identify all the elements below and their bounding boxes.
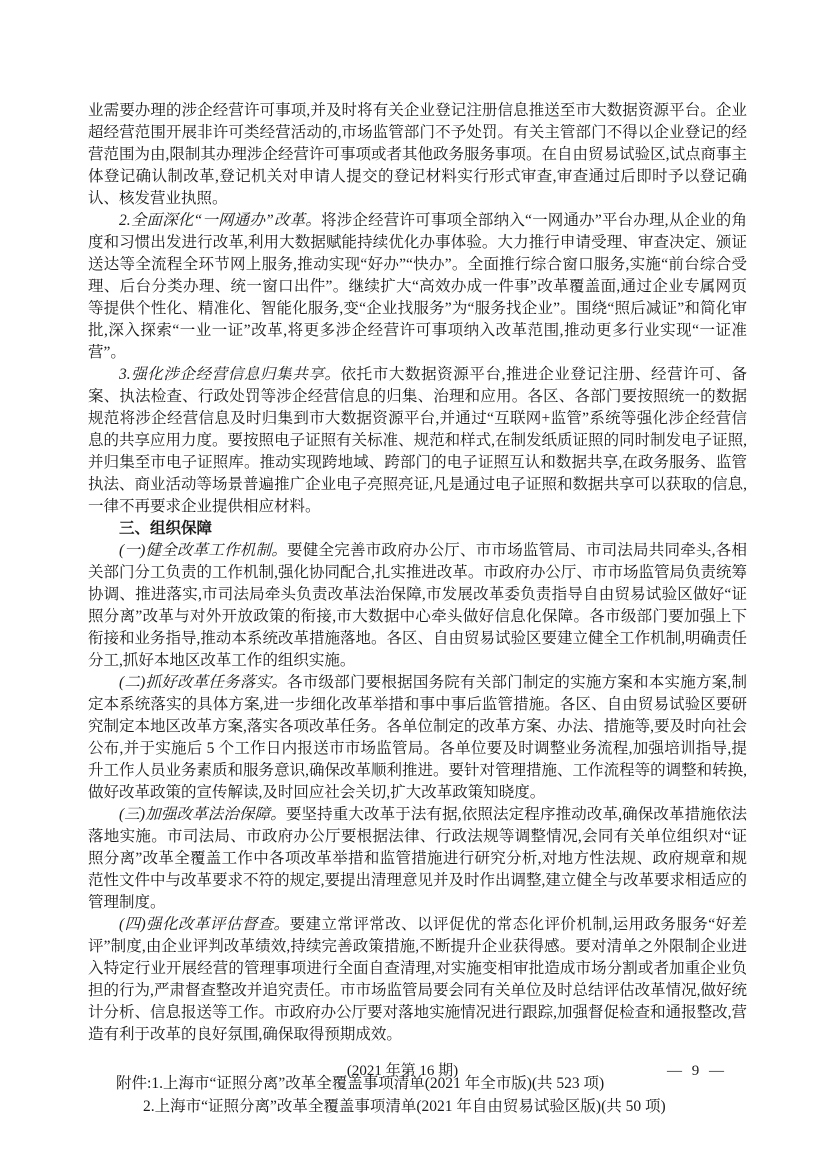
paragraph-text: 要建立常评常改、以评促优的常态化评价机制,运用政务服务“好差评”制度,由企业评判… xyxy=(88,916,747,1043)
footer-page-number: — 9 — xyxy=(667,1060,727,1082)
paragraph-org-3: (三)加强改革法治保障。要坚持重大改革于法有据,依照法定程序推动改革,确保改革措… xyxy=(88,804,747,914)
paragraph-lead: 2.全面深化“一网通办”改革。 xyxy=(119,212,321,229)
document-body: 业需要办理的涉企经营许可事项,并及时将有关企业登记注册信息推送至市大数据资源平台… xyxy=(88,100,747,1118)
paragraph-text: 依托市大数据资源平台,推进企业登记注册、经营许可、备案、执法检查、行政处罚等涉企… xyxy=(88,366,747,515)
paragraph-lead: (四)强化改革评估督查。 xyxy=(119,916,290,933)
paragraph-lead: 3.强化涉企经营信息归集共享。 xyxy=(119,366,341,383)
document-page: 业需要办理的涉企经营许可事项,并及时将有关企业登记注册信息推送至市大数据资源平台… xyxy=(0,0,827,1170)
attachment-item-2: 2.上海市“证照分离”改革全覆盖事项清单(2021 年自由贸易试验区版)(共 5… xyxy=(88,1095,747,1118)
paragraph-org-2: (二)抓好改革任务落实。各市级部门要根据国务院有关部门制定的实施方案和本实施方案… xyxy=(88,672,747,804)
paragraph-text: 各市级部门要根据国务院有关部门制定的实施方案和本实施方案,制定本系统落实的具体方… xyxy=(88,674,747,801)
paragraph-text: 要健全完善市政府办公厅、市市场监管局、市司法局共同牵头,各相关部门分工负责的工作… xyxy=(88,542,747,669)
section-heading: 三、组织保障 xyxy=(88,518,747,540)
paragraph-continuation: 业需要办理的涉企经营许可事项,并及时将有关企业登记注册信息推送至市大数据资源平台… xyxy=(88,100,747,210)
paragraph-org-4: (四)强化改革评估督查。要建立常评常改、以评促优的常态化评价机制,运用政务服务“… xyxy=(88,914,747,1046)
page-footer: (2021 年第 16 期) — 9 — xyxy=(0,1060,827,1082)
paragraph-item-3: 3.强化涉企经营信息归集共享。依托市大数据资源平台,推进企业登记注册、经营许可、… xyxy=(88,364,747,518)
paragraph-text: 业需要办理的涉企经营许可事项,并及时将有关企业登记注册信息推送至市大数据资源平台… xyxy=(88,102,747,207)
paragraph-org-1: (一)健全改革工作机制。要健全完善市政府办公厅、市市场监管局、市司法局共同牵头,… xyxy=(88,540,747,672)
paragraph-lead: (一)健全改革工作机制。 xyxy=(119,542,287,559)
paragraph-item-2: 2.全面深化“一网通办”改革。将涉企经营许可事项全部纳入“一网通办”平台办理,从… xyxy=(88,210,747,364)
paragraph-lead: (三)加强改革法治保障。 xyxy=(119,806,286,823)
paragraph-lead: (二)抓好改革任务落实。 xyxy=(119,674,287,691)
attachment-text: 2.上海市“证照分离”改革全覆盖事项清单(2021 年自由贸易试验区版)(共 5… xyxy=(143,1098,666,1115)
paragraph-text: 将涉企经营许可事项全部纳入“一网通办”平台办理,从企业的角度和习惯出发进行改革,… xyxy=(88,212,747,361)
